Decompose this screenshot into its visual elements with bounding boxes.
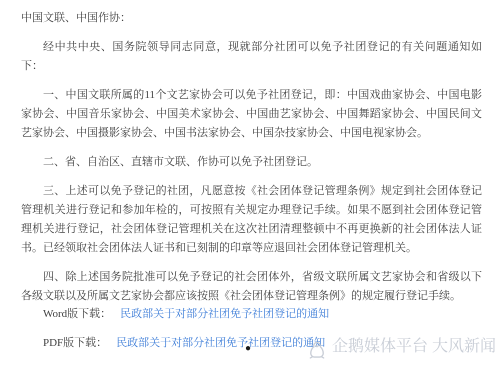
- download-links-section: Word版下载：民政部关于对部分社团免予社团登记的通知 PDF版下载：民政部关于…: [21, 301, 461, 353]
- document-body: 中国文联、中国作协： 经中共中央、国务院领导同志同意，现就部分社团可以免予社团登…: [0, 0, 500, 311]
- article-page: 中国文联、中国作协： 经中共中央、国务院领导同志同意，现就部分社团可以免予社团登…: [0, 0, 500, 365]
- paragraph-item-1: 一、中国文联所属的11个文艺家协会可以免予社团登记，即：中国戏曲家协会、中国电影…: [21, 86, 482, 143]
- pdf-download-link[interactable]: 民政部关于对部分社团免予社团登记的通知: [116, 337, 325, 349]
- word-download-label: Word版下载：: [43, 308, 111, 320]
- page-indicator-dot: ●: [245, 344, 251, 354]
- paragraph-item-2: 二、省、自治区、直辖市文联、作协可以免予社团登记。: [21, 153, 482, 172]
- word-download-link[interactable]: 民政部关于对部分社团免予社团登记的通知: [120, 308, 329, 320]
- salutation: 中国文联、中国作协：: [21, 9, 482, 28]
- pdf-download-label: PDF版下载：: [43, 337, 107, 349]
- paragraph-intro: 经中共中央、国务院领导同志同意，现就部分社团可以免予社团登记的有关问题通知如下：: [21, 38, 482, 76]
- pdf-download-row: PDF版下载：民政部关于对部分社团免予社团登记的通知: [21, 334, 461, 353]
- word-download-row: Word版下载：民政部关于对部分社团免予社团登记的通知: [21, 305, 461, 324]
- paragraph-item-3: 三、上述可以免予登记的社团，凡愿意按《社会团体登记管理条例》规定到社会团体登记管…: [21, 182, 482, 258]
